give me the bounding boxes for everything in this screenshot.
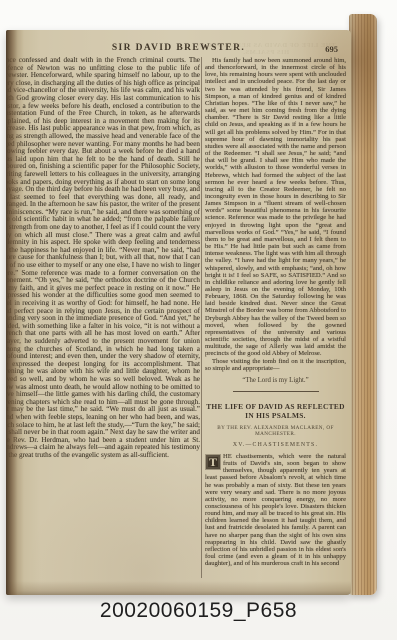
- article-text: HE chastisements, which were the natural…: [205, 453, 346, 567]
- paragraph-tomb: Those visiting the tomb find on it the i…: [205, 358, 346, 372]
- left-column-text: since confessed and dealt with in the Fr…: [7, 57, 200, 459]
- column-rule: [201, 57, 202, 578]
- book-page: THE LIFE OF DAVID AS REFLECTED IN HIS PS…: [6, 30, 351, 595]
- scan-id-label: 20020060159_P658: [0, 599, 397, 623]
- book-fore-edge: [349, 14, 377, 595]
- article-paragraph: THE chastisements, which were the natura…: [205, 453, 346, 568]
- article-byline: BY THE REV. ALEXANDER MACLAREN, OF MANCH…: [205, 425, 346, 437]
- binding-gutter-shadow: [6, 30, 24, 595]
- tomb-inscription: “The Lord is my Light.”: [205, 377, 346, 384]
- running-title: SIR DAVID BREWSTER.: [112, 43, 245, 53]
- left-column: since confessed and dealt with in the Fr…: [7, 57, 200, 557]
- page-number: 695: [325, 44, 338, 54]
- right-column: His family had now been summoned around …: [205, 57, 346, 578]
- article-title: THE LIFE OF DAVID AS REFLECTED IN HIS PS…: [205, 402, 346, 420]
- page-bottom-shadow: [6, 581, 351, 595]
- chapter-heading: XV.—CHASTISEMENTS.: [205, 442, 346, 448]
- running-head: SIR DAVID BREWSTER. 695: [6, 43, 351, 57]
- section-divider: [233, 391, 319, 392]
- book-scan-photo: THE LIFE OF DAVID AS REFLECTED IN HIS PS…: [0, 0, 397, 640]
- paragraph-family-summoned: His family had now been summoned around …: [205, 57, 346, 358]
- ornamental-dropcap: T: [205, 454, 221, 470]
